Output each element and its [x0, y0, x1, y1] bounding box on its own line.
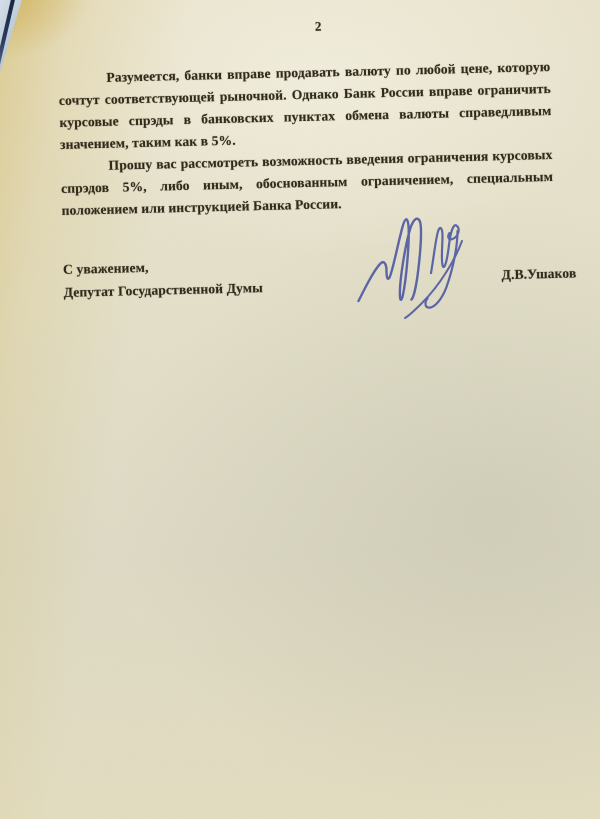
photographed-letter-page: 2 Разумеется, банки вправе продавать вал…: [0, 0, 600, 819]
sender-title: Депутат Государственной Думы: [63, 276, 263, 304]
sender-identity: С уважением, Депутат Государственной Дум…: [63, 253, 263, 304]
paragraph-1: Разумеется, банки вправе продавать валют…: [58, 56, 552, 156]
signature-icon: [350, 198, 510, 323]
page-number: 2: [57, 12, 549, 42]
sender-name: Д.В.Ушаков: [501, 265, 576, 283]
